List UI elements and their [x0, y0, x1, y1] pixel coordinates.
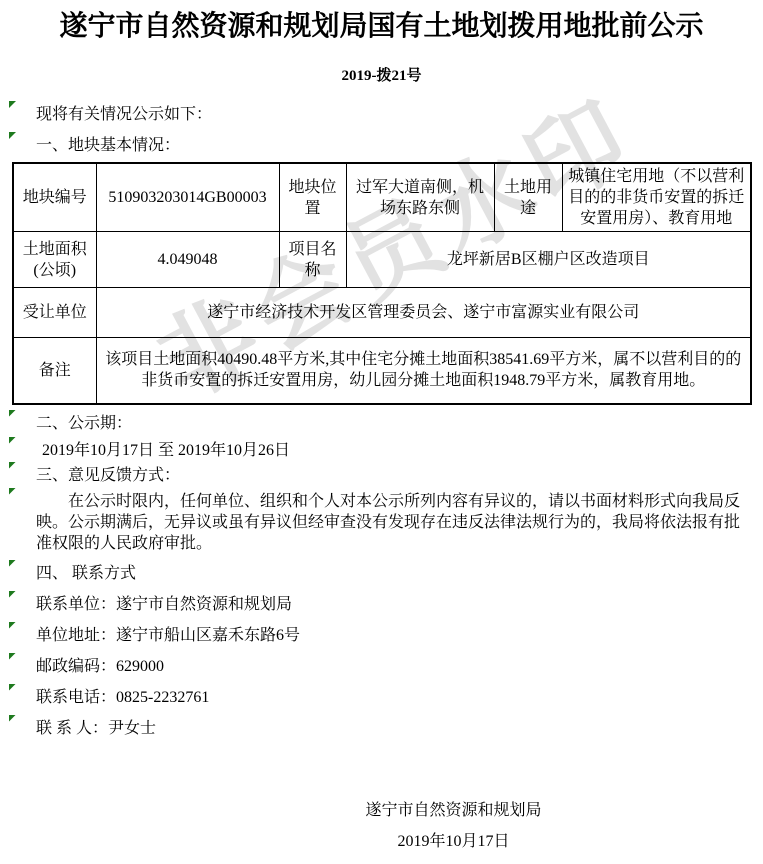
- document-content: 遂宁市自然资源和规划局国有土地划拨用地批前公示 2019-拨21号 现将有关情况…: [0, 10, 763, 739]
- land-info-table: 地块编号 510903203014GB00003 地块位置 过军大道南侧，机场东…: [12, 162, 752, 405]
- contact-address-line: 单位地址：遂宁市船山区嘉禾东路6号: [36, 625, 763, 646]
- contact-phone-text: 联系电话：0825-2232761: [36, 689, 209, 706]
- edit-mark-icon: [9, 132, 16, 139]
- edit-mark-icon: [9, 684, 16, 691]
- edit-mark-icon: [9, 101, 16, 108]
- plot-number-label: 地块编号: [13, 163, 96, 232]
- location-value: 过军大道南侧，机场东路东侧: [346, 163, 494, 232]
- section4-heading: 四、 联系方式: [36, 563, 763, 584]
- contact-phone-line: 联系电话：0825-2232761: [36, 687, 763, 708]
- contact-person-line: 联 系 人：尹女士: [36, 718, 763, 739]
- contact-address-text: 单位地址：遂宁市船山区嘉禾东路6号: [36, 627, 300, 644]
- section1-heading-text: 一、地块基本情况：: [36, 137, 180, 154]
- signature-org: 遂宁市自然资源和规划局: [72, 800, 763, 821]
- remark-label: 备注: [13, 338, 96, 404]
- land-use-value: 城镇住宅用地（不以营利目的的非货币安置的拆迁安置用房）、教育用地: [562, 163, 751, 232]
- edit-mark-icon: [9, 488, 16, 495]
- project-value: 龙坪新居B区棚户区改造项目: [346, 232, 751, 288]
- edit-mark-icon: [9, 410, 16, 417]
- edit-mark-icon: [9, 653, 16, 660]
- section2-heading: 二、公示期：: [36, 413, 763, 434]
- intro-text: 现将有关情况公示如下：: [36, 106, 212, 123]
- project-label: 项目名称: [279, 232, 346, 288]
- section1-heading: 一、地块基本情况：: [36, 135, 763, 156]
- area-value: 4.049048: [96, 232, 279, 288]
- publicity-period: 2019年10月17日 至 2019年10月26日: [36, 440, 763, 461]
- contact-unit-line: 联系单位：遂宁市自然资源和规划局: [36, 594, 763, 615]
- intro-line: 现将有关情况公示如下：: [36, 104, 763, 125]
- land-use-label: 土地用途: [494, 163, 562, 232]
- edit-mark-icon: [9, 560, 16, 567]
- signature-date: 2019年10月17日: [72, 831, 763, 852]
- table-row: 受让单位 遂宁市经济技术开发区管理委员会、遂宁市富源实业有限公司: [13, 288, 751, 338]
- section3-heading-text: 三、意见反馈方式：: [36, 467, 180, 484]
- contact-person-text: 联 系 人：尹女士: [36, 720, 156, 737]
- table-row: 备注 该项目土地面积40490.48平方米,其中住宅分摊土地面积38541.69…: [13, 338, 751, 404]
- announcement-page: 非会员水印 遂宁市自然资源和规划局国有土地划拨用地批前公示 2019-拨21号 …: [0, 0, 763, 864]
- plot-number-value: 510903203014GB00003: [96, 163, 279, 232]
- section3-heading: 三、意见反馈方式：: [36, 465, 763, 486]
- section2-heading-text: 二、公示期：: [36, 415, 132, 432]
- publicity-period-text: 2019年10月17日 至 2019年10月26日: [42, 442, 290, 459]
- edit-mark-icon: [9, 462, 16, 469]
- transferee-label: 受让单位: [13, 288, 96, 338]
- contact-postcode-text: 邮政编码：629000: [36, 658, 164, 675]
- section4-heading-text: 四、 联系方式: [36, 565, 136, 582]
- contact-unit-text: 联系单位：遂宁市自然资源和规划局: [36, 596, 292, 613]
- edit-mark-icon: [9, 437, 16, 444]
- signature-block: 遂宁市自然资源和规划局 2019年10月17日: [72, 800, 763, 852]
- edit-mark-icon: [9, 591, 16, 598]
- feedback-paragraph-text: 在公示时限内，任何单位、组织和个人对本公示所列内容有异议的，请以书面材料形式向我…: [36, 493, 740, 552]
- document-number: 2019-拨21号: [0, 66, 763, 86]
- page-title: 遂宁市自然资源和规划局国有土地划拨用地批前公示: [0, 10, 763, 44]
- table-row: 土地面积(公顷) 4.049048 项目名称 龙坪新居B区棚户区改造项目: [13, 232, 751, 288]
- area-label: 土地面积(公顷): [13, 232, 96, 288]
- remark-value: 该项目土地面积40490.48平方米,其中住宅分摊土地面积38541.69平方米…: [96, 338, 751, 404]
- edit-mark-icon: [9, 622, 16, 629]
- edit-mark-icon: [9, 715, 16, 722]
- table-row: 地块编号 510903203014GB00003 地块位置 过军大道南侧，机场东…: [13, 163, 751, 232]
- contact-postcode-line: 邮政编码：629000: [36, 656, 763, 677]
- transferee-value: 遂宁市经济技术开发区管理委员会、遂宁市富源实业有限公司: [96, 288, 751, 338]
- location-label: 地块位置: [279, 163, 346, 232]
- feedback-paragraph: 在公示时限内，任何单位、组织和个人对本公示所列内容有异议的，请以书面材料形式向我…: [36, 491, 748, 554]
